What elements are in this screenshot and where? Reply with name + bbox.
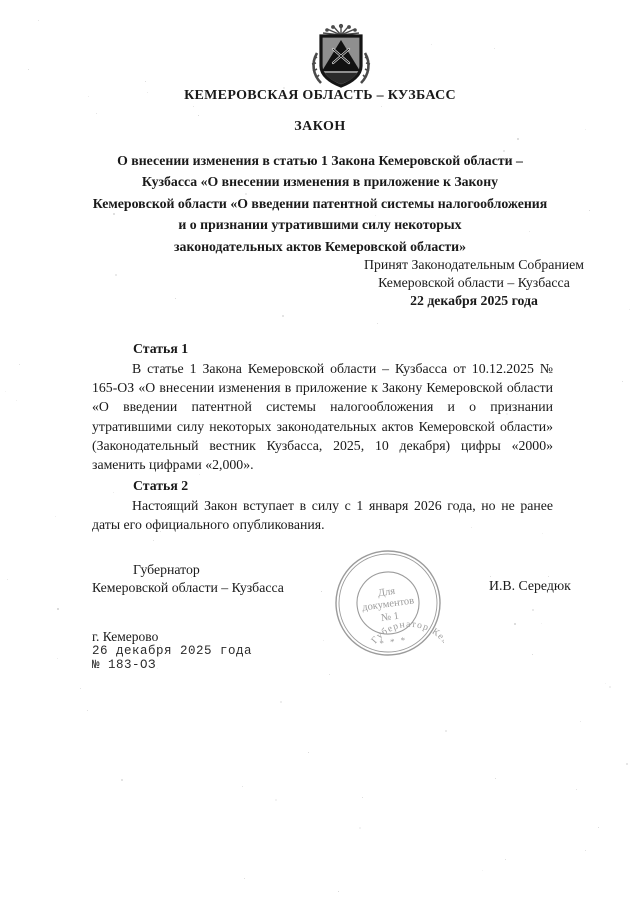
scan-noise-dot (191, 577, 192, 578)
signatory-title-line1: Губернатор (133, 562, 200, 578)
scan-noise-dot (340, 449, 341, 450)
scan-noise-dot (494, 48, 495, 49)
law-title-line: Кузбасса «О внесении изменения в приложе… (55, 171, 585, 192)
scan-noise-dot (580, 721, 581, 722)
scan-noise-dot (362, 797, 363, 798)
footer-date: 26 декабря 2025 года (92, 644, 252, 658)
scan-noise-dot (96, 113, 97, 114)
scan-noise-dot (38, 20, 39, 21)
scan-noise-dot (622, 381, 623, 382)
law-title-line: О внесении изменения в статью 1 Закона К… (55, 150, 585, 171)
scan-noise-dot (143, 345, 145, 347)
scan-noise-dot (598, 827, 599, 828)
scan-noise-dot (503, 150, 505, 152)
scan-noise-dot (381, 106, 382, 107)
scan-noise-dot (445, 730, 447, 732)
scan-noise-dot (157, 668, 158, 669)
scan-noise-dot (495, 778, 496, 779)
scan-noise-dot (436, 381, 437, 382)
scan-noise-dot (280, 701, 282, 703)
scan-noise-dot (147, 92, 148, 93)
scan-noise-dot (532, 609, 534, 611)
scan-noise-dot (490, 576, 491, 577)
footer-city: г. Кемерово (92, 629, 158, 645)
scan-noise-dot (121, 779, 123, 781)
law-title-line: и о признании утратившими силу некоторых (55, 214, 585, 235)
official-stamp: Губернатор Кемеровской области - Кузбасс… (332, 547, 444, 659)
stamp-center-line2: документов (362, 595, 415, 613)
scan-noise-dot (359, 827, 361, 829)
signatory-title-line2: Кемеровской области – Кузбасса (92, 580, 284, 596)
scan-noise-dot (229, 644, 230, 645)
scan-noise-dot (438, 636, 439, 637)
adoption-block: Принят Законодательным Собранием Кемеров… (350, 256, 598, 309)
article-2-heading: Статья 2 (133, 478, 188, 494)
scan-noise-dot (375, 215, 376, 216)
scan-noise-dot (548, 576, 549, 577)
scan-noise-dot (321, 591, 322, 592)
scan-noise-dot (471, 527, 472, 528)
scan-noise-dot (28, 69, 29, 70)
article-1-heading: Статья 1 (133, 341, 188, 357)
law-title-line: законодательных актов Кемеровской област… (55, 236, 585, 257)
scan-noise-dot (198, 115, 199, 116)
scan-noise-dot (16, 400, 17, 401)
scan-noise-dot (353, 384, 354, 385)
adoption-line: Принят Законодательным Собранием (350, 256, 598, 274)
scan-noise-dot (19, 364, 20, 365)
scan-noise-dot (308, 752, 309, 753)
scan-noise-dot (338, 891, 339, 892)
scan-noise-dot (506, 413, 508, 415)
scan-noise-dot (505, 859, 506, 860)
scan-noise-dot (283, 87, 285, 89)
scan-noise-dot (576, 789, 577, 790)
scan-noise-dot (57, 608, 59, 610)
scan-noise-dot (153, 540, 154, 541)
scan-noise-dot (529, 231, 530, 232)
adoption-date: 22 декабря 2025 года (350, 292, 598, 310)
scan-noise-dot (160, 645, 161, 646)
scan-noise-dot (482, 870, 483, 871)
scan-noise-dot (55, 516, 56, 517)
scan-noise-dot (242, 786, 243, 787)
adoption-line: Кемеровской области – Кузбасса (350, 274, 598, 292)
scan-noise-dot (245, 193, 247, 195)
law-title-line: Кемеровской области «О введении патентно… (55, 193, 585, 214)
scan-noise-dot (585, 850, 586, 851)
document-type-heading: ЗАКОН (0, 119, 640, 135)
article-2-body: Настоящий Закон вступает в силу с 1 янва… (92, 496, 553, 534)
scan-noise-dot (102, 526, 104, 528)
scan-noise-dot (589, 210, 590, 211)
scan-noise-dot (532, 654, 533, 655)
law-title: О внесении изменения в статью 1 Закона К… (55, 150, 585, 257)
scan-noise-dot (199, 474, 200, 475)
scan-noise-dot (514, 623, 516, 625)
scan-noise-dot (115, 274, 117, 276)
scan-noise-dot (380, 207, 381, 208)
scan-noise-dot (626, 763, 628, 765)
scan-noise-dot (345, 80, 347, 82)
scan-noise-dot (275, 799, 277, 801)
scan-noise-dot (132, 203, 133, 204)
scan-noise-dot (7, 579, 8, 580)
scan-noise-dot (145, 81, 146, 82)
scan-noise-dot (541, 623, 542, 624)
footer-number: № 183-ОЗ (92, 658, 156, 672)
scan-noise-dot (329, 674, 330, 675)
scan-noise-dot (251, 388, 253, 390)
scan-noise-dot (542, 533, 543, 534)
scan-noise-dot (87, 710, 88, 711)
scan-noise-dot (629, 309, 630, 310)
scan-noise-dot (517, 138, 519, 140)
scan-noise-dot (609, 686, 611, 688)
article-1-body: В статье 1 Закона Кемеровской области – … (92, 359, 553, 474)
scan-noise-dot (88, 96, 89, 97)
scan-noise-dot (160, 531, 161, 532)
scan-noise-dot (5, 391, 6, 392)
scan-noise-dot (282, 315, 284, 317)
scan-noise-dot (377, 323, 378, 324)
coat-of-arms-icon (305, 23, 377, 91)
scan-noise-dot (113, 213, 115, 215)
scan-noise-dot (585, 129, 586, 130)
signatory-name: И.В. Середюк (489, 578, 571, 594)
scan-noise-dot (431, 44, 432, 45)
scan-noise-dot (323, 640, 324, 641)
scan-noise-dot (57, 658, 58, 659)
scan-noise-dot (80, 688, 81, 689)
scan-noise-dot (193, 106, 194, 107)
document-page: КЕМЕРОВСКАЯ ОБЛАСТЬ – КУЗБАСС ЗАКОН О вн… (0, 0, 640, 905)
scan-noise-dot (175, 298, 176, 299)
scan-noise-dot (605, 683, 606, 684)
region-title: КЕМЕРОВСКАЯ ОБЛАСТЬ – КУЗБАСС (0, 88, 640, 104)
scan-noise-dot (244, 878, 245, 879)
scan-noise-dot (113, 492, 114, 493)
